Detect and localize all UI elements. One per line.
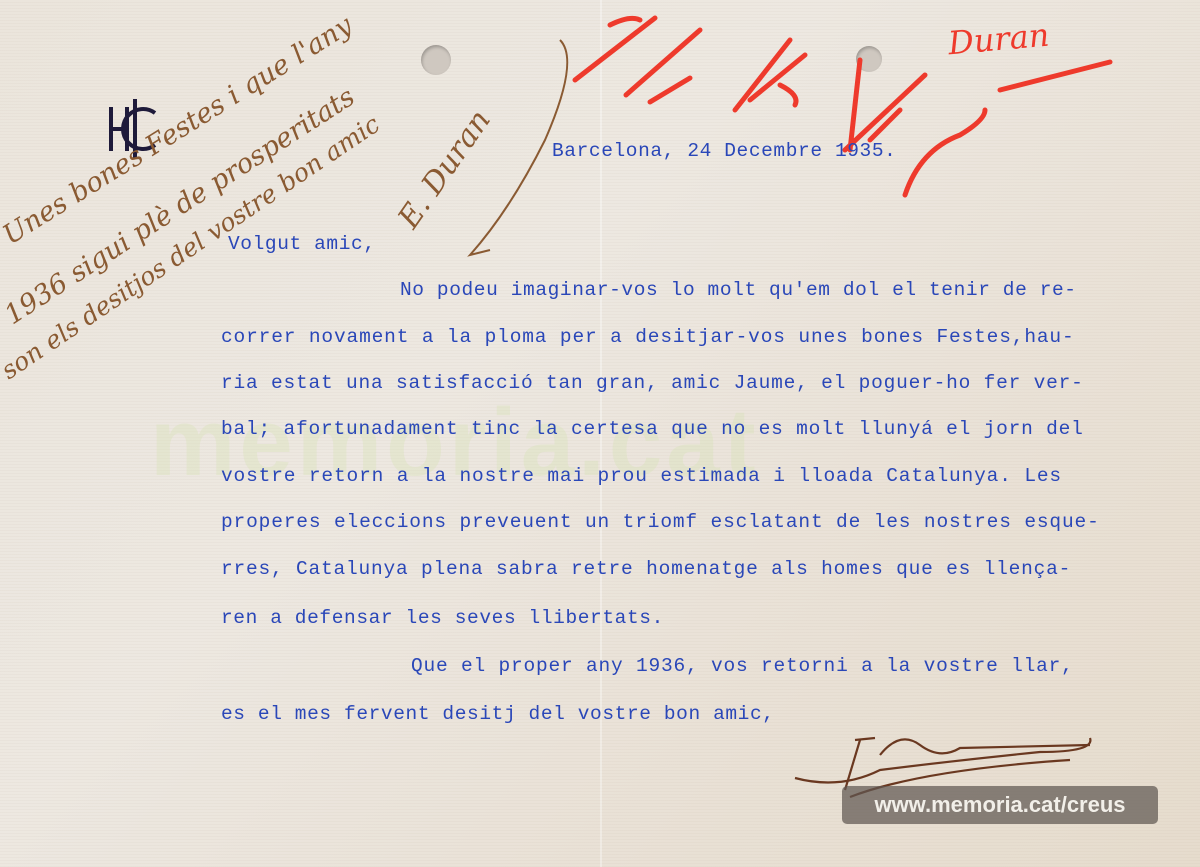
- letter-line: rres, Catalunya plena sabra retre homena…: [221, 558, 1071, 580]
- letter-line: ria estat una satisfacció tan gran, amic…: [221, 372, 1084, 394]
- letter-line: bal; afortunadament tinc la certesa que …: [221, 418, 1084, 440]
- place-date: Barcelona, 24 Decembre 1935.: [552, 140, 896, 162]
- letter-line: ren a defensar les seves llibertats.: [221, 607, 664, 629]
- letter-line: No podeu imaginar-vos lo molt qu'em dol …: [400, 279, 1077, 301]
- letter-line: properes eleccions preveuent un triomf e…: [221, 511, 1100, 533]
- salutation: Volgut amic,: [228, 233, 376, 255]
- letter-line: vostre retorn a la nostre mai prou estim…: [221, 465, 1062, 487]
- credit-watermark: www.memoria.cat/creus: [842, 786, 1158, 824]
- letter-line: Que el proper any 1936, vos retorni a la…: [411, 655, 1074, 677]
- letter-line: es el mes fervent desitj del vostre bon …: [221, 703, 775, 725]
- letter-line: correr novament a la ploma per a desitja…: [221, 326, 1075, 348]
